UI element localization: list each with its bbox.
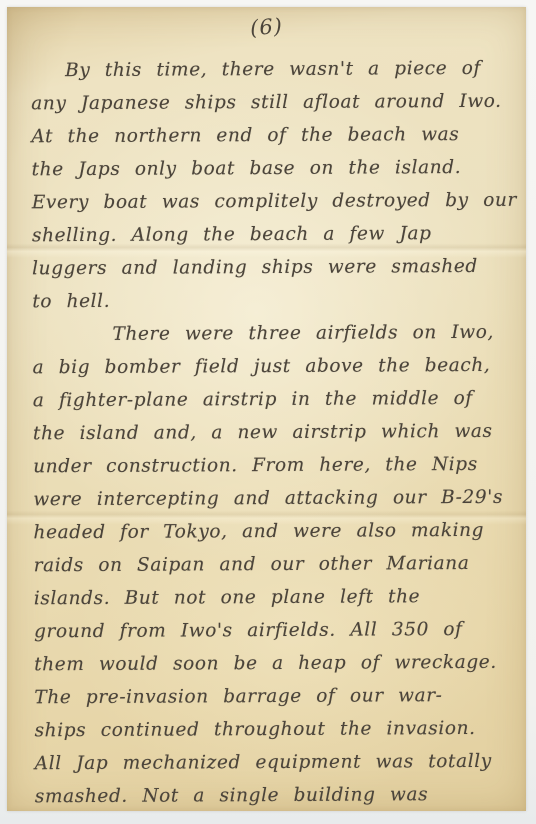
handwritten-line: to hell. [32, 283, 511, 319]
handwritten-line: any Japanese ships still afloat around I… [31, 85, 510, 121]
handwritten-line: under construction. From here, the Nips [33, 448, 512, 484]
handwritten-line: a fighter-plane airstrip in the middle o… [33, 382, 512, 418]
handwritten-line: the island and, a new airstrip which was [33, 415, 512, 451]
handwritten-line: smashed. Not a single building was [35, 778, 514, 814]
handwritten-line: were intercepting and attacking our B-29… [33, 481, 512, 517]
handwritten-line: ships continued throughout the invasion. [34, 712, 513, 748]
handwritten-line: All Jap mechanized equipment was totally [35, 745, 514, 781]
handwritten-line: islands. But not one plane left the [34, 580, 513, 616]
handwritten-line: Every boat was complitely destroyed by o… [32, 184, 511, 220]
handwritten-line: shelling. Along the beach a few Jap [32, 217, 511, 253]
handwritten-line: raids on Saipan and our other Mariana [34, 547, 513, 583]
handwritten-line: luggers and landing ships were smashed [32, 250, 511, 286]
handwritten-line: By this time, there wasn't a piece of [31, 52, 510, 88]
handwritten-line: a big bomber field just above the beach, [33, 349, 512, 385]
handwritten-line: ground from Iwo's airfields. All 350 of [34, 613, 513, 649]
handwritten-line: the Japs only boat base on the island. [32, 151, 511, 187]
handwritten-line: The pre-invasion barrage of our war- [34, 679, 513, 715]
handwritten-line: At the northern end of the beach was [31, 118, 510, 154]
handwritten-line: them would soon be a heap of wreckage. [34, 646, 513, 682]
handwritten-line: There were three airfields on Iwo, [32, 316, 511, 352]
handwritten-line: headed for Tokyo, and were also making [33, 514, 512, 550]
letter-page: (6) By this time, there wasn't a piece o… [7, 7, 526, 811]
page-number: (6) [7, 0, 526, 57]
letter-body: By this time, there wasn't a piece ofany… [31, 52, 514, 813]
